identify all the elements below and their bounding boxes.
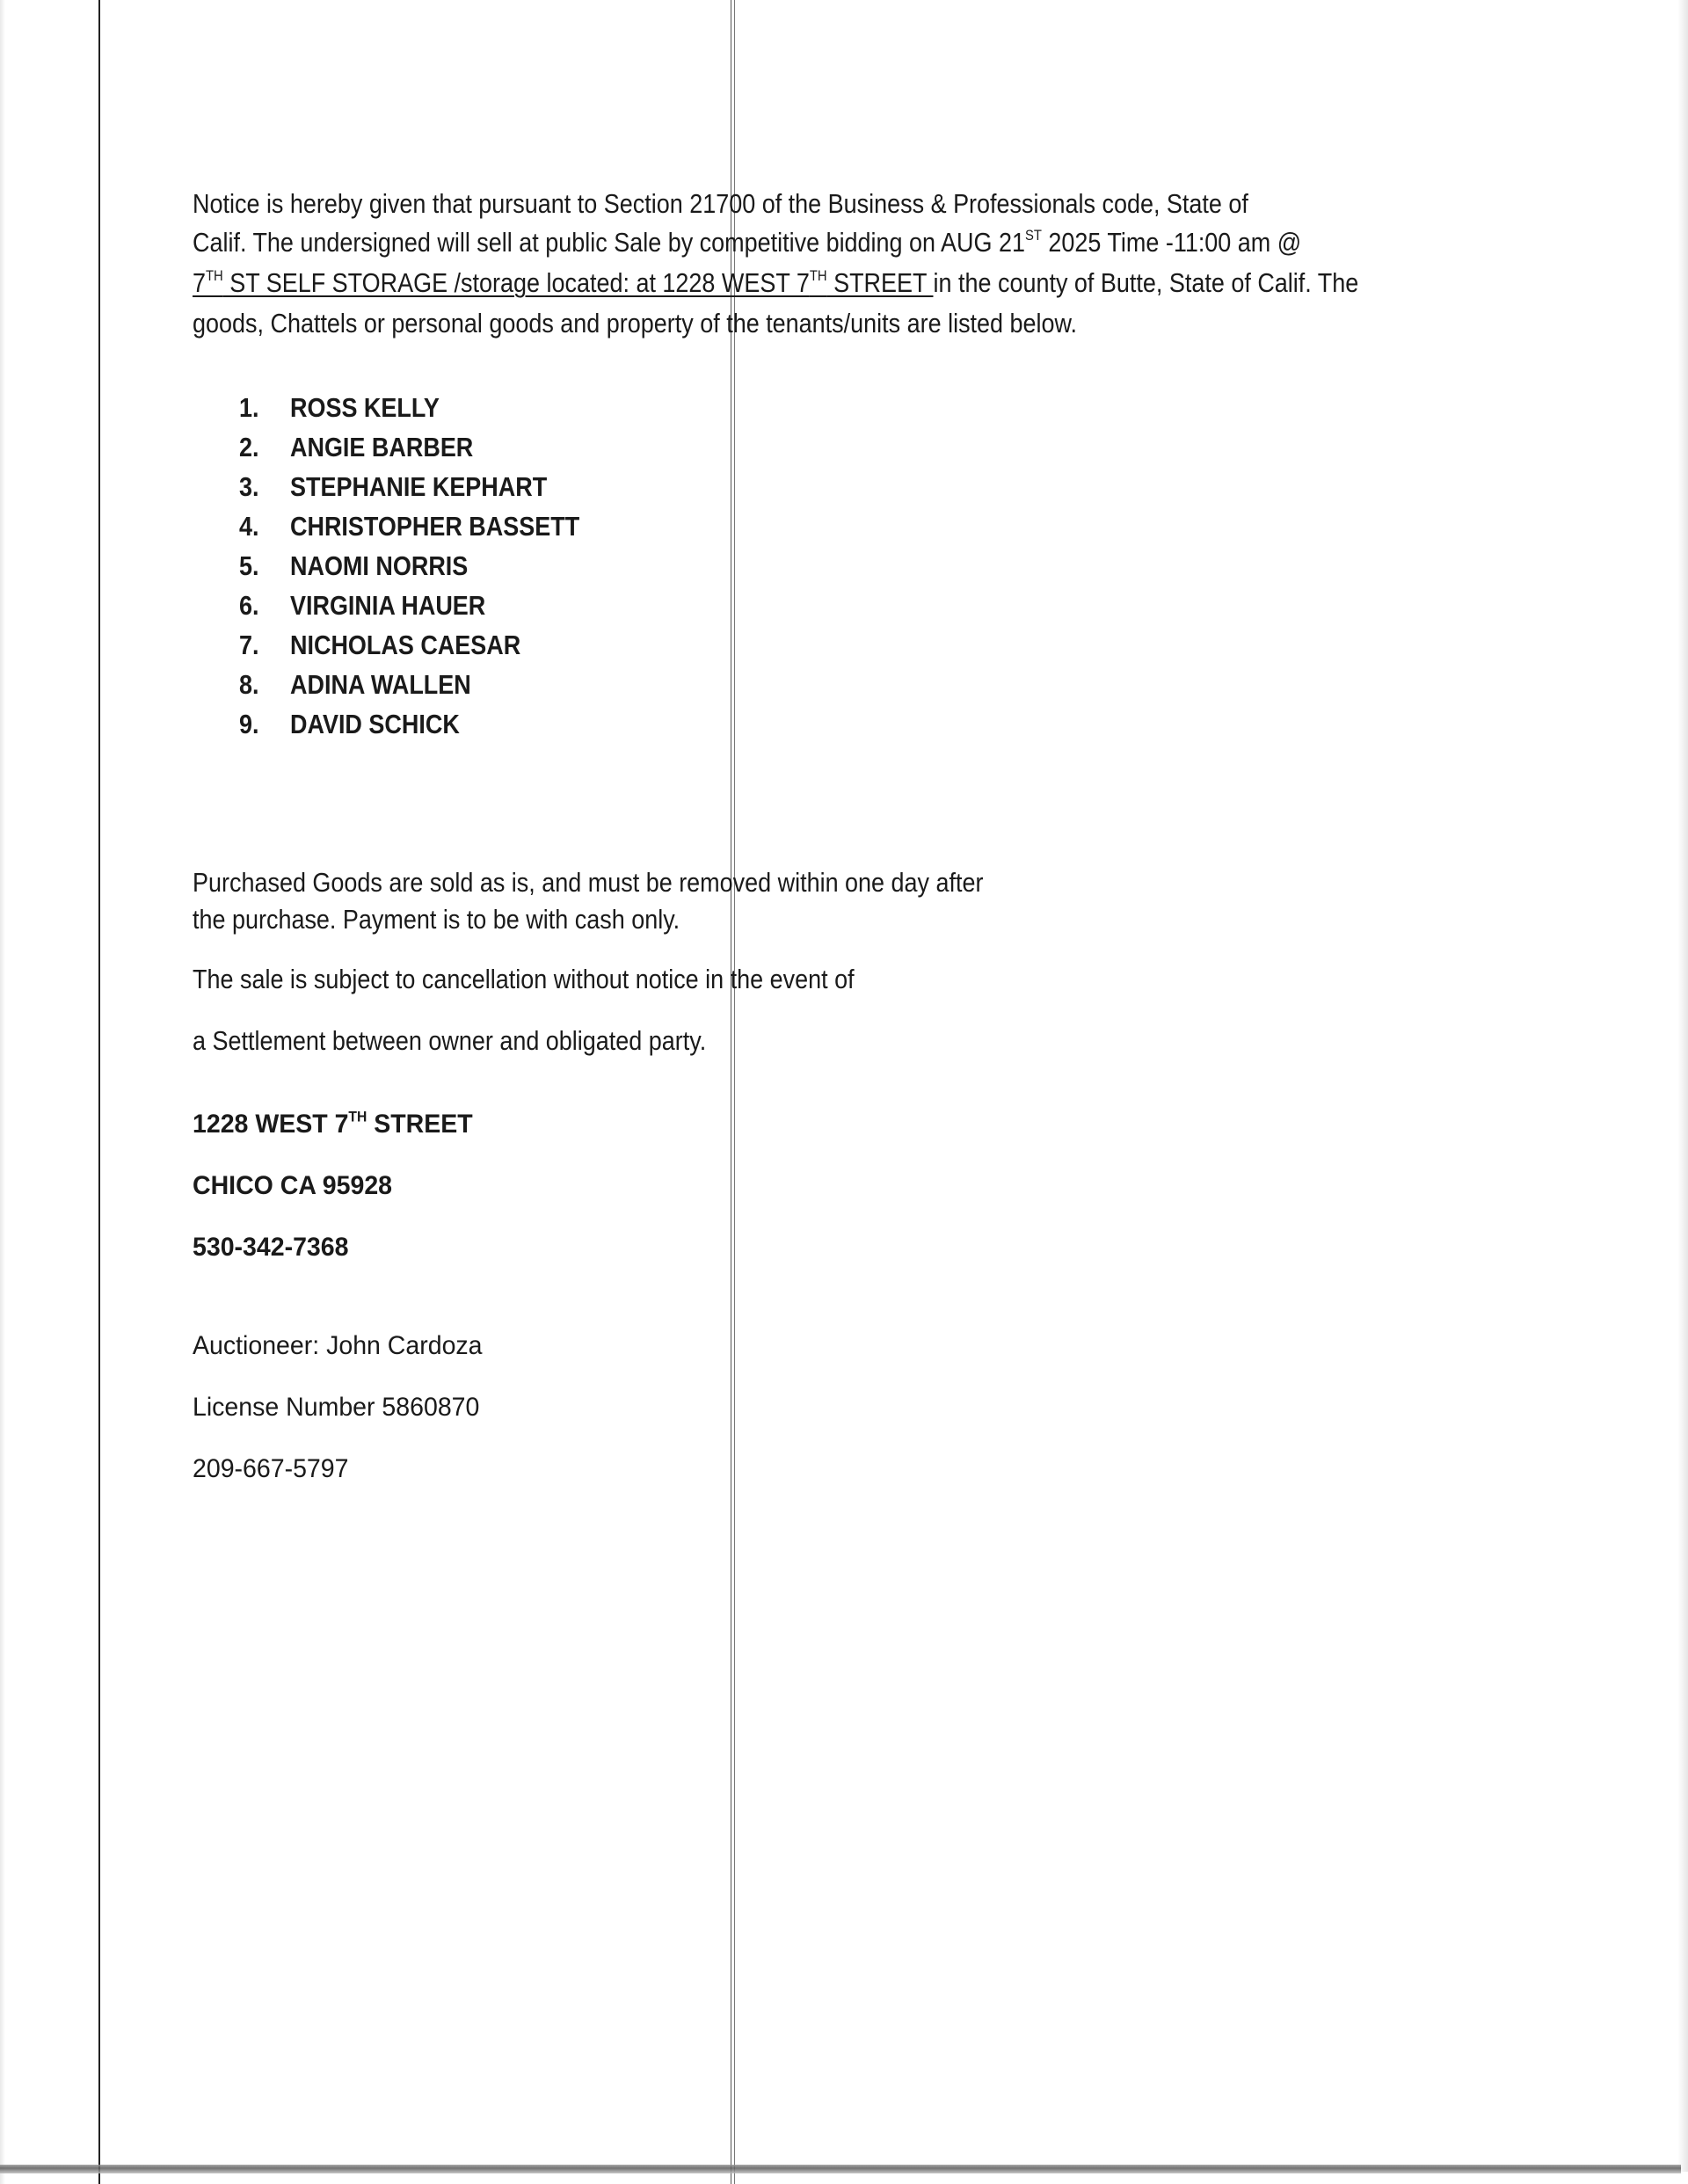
auctioneer-name: Auctioneer: John Cardoza [193,1333,483,1359]
tenant-name: STEPHANIE KEPHART [290,471,547,503]
tenant-number: 9. [239,709,258,740]
ordinal-suffix: TH [348,1110,367,1125]
notice-line-2: Calif. The undersigned will sell at publ… [193,229,1301,256]
tenant-number: 4. [239,511,258,542]
notice-text: in the county of Butte, State of Calif. … [933,267,1358,298]
address-street: 1228 WEST 7TH STREET [193,1111,473,1138]
tenant-name: ANGIE BARBER [290,432,473,463]
ordinal-suffix: TH [206,267,223,284]
scan-edge-bottom [0,2165,1681,2173]
scan-edge-left [0,0,5,2184]
address-city: CHICO CA 95928 [193,1173,392,1199]
tenant-number: 2. [239,432,258,463]
notice-line-4: goods, Chattels or personal goods and pr… [193,309,1077,337]
notice-text: 7 [193,267,206,298]
tenant-number: 8. [239,669,258,701]
storage-location-link: 7TH ST SELF STORAGE /storage located: at… [193,267,933,298]
tenant-name: ROSS KELLY [290,392,440,424]
address-phone: 530-342-7368 [193,1234,348,1261]
notice-text: STREET [827,267,934,298]
terms-line-2: the purchase. Payment is to be with cash… [193,906,680,933]
tenant-number: 1. [239,392,258,424]
auctioneer-phone: 209-667-5797 [193,1456,348,1482]
tenant-number: 6. [239,590,258,622]
tenant-name: NICHOLAS CAESAR [290,630,520,661]
tenant-number: 5. [239,550,258,582]
notice-text: Calif. The undersigned will sell at publ… [193,227,1025,258]
ordinal-suffix: ST [1025,227,1042,244]
terms-line-1: Purchased Goods are sold as is, and must… [193,869,983,896]
tenant-name: NAOMI NORRIS [290,550,468,582]
tenant-name: DAVID SCHICK [290,709,460,740]
notice-text: ST SELF STORAGE /storage located: at 122… [223,267,810,298]
tenant-name: VIRGINIA HAUER [290,590,485,622]
notice-line-1: Notice is hereby given that pursuant to … [193,190,1248,217]
tenant-number: 3. [239,471,258,503]
scan-edge-right [1677,0,1688,2172]
terms-line-4: a Settlement between owner and obligated… [193,1027,706,1054]
fold-line-left [98,0,100,2184]
notice-text: 2025 Time -11:00 am @ [1042,227,1301,258]
terms-line-3: The sale is subject to cancellation with… [193,965,855,993]
auctioneer-license: License Number 5860870 [193,1394,479,1421]
tenant-name: CHRISTOPHER BASSETT [290,511,579,542]
tenant-number: 7. [239,630,258,661]
address-text: STREET [367,1110,472,1139]
tenant-name: ADINA WALLEN [290,669,471,701]
address-text: 1228 WEST 7 [193,1110,348,1139]
ordinal-suffix: TH [810,267,827,284]
notice-line-3: 7TH ST SELF STORAGE /storage located: at… [193,269,1358,296]
